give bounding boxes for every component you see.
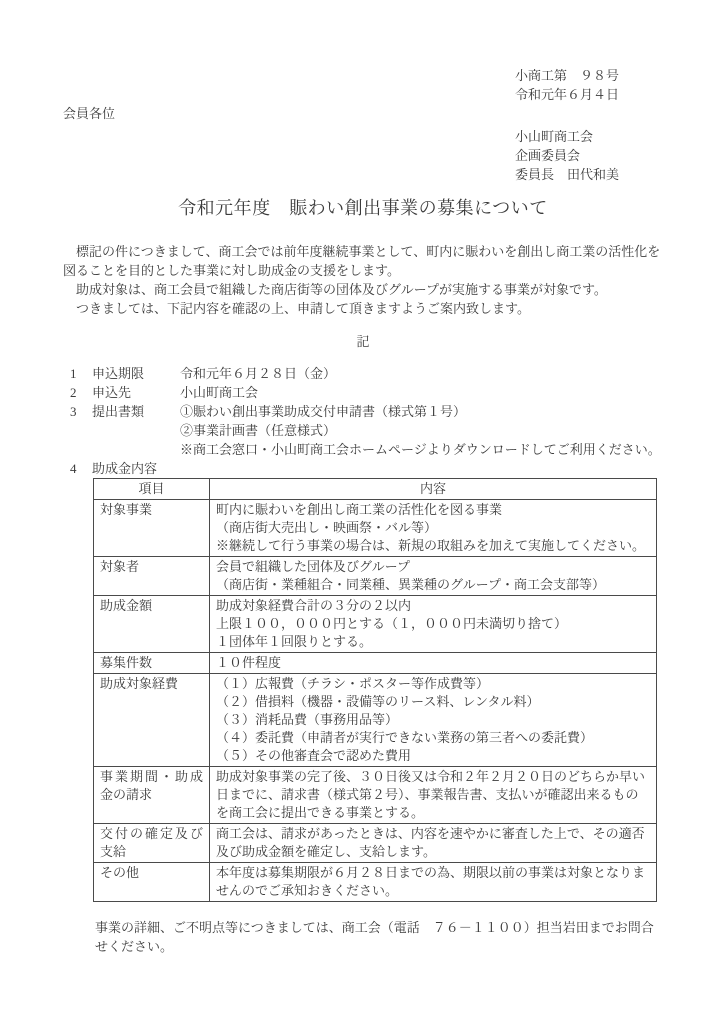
item-number: 4 [70, 459, 92, 478]
row-content: 会員で組織した団体及びグループ （商店街・業種組合・同業種、異業種のグループ・商… [210, 557, 657, 596]
table-row-other: その他 本年度は募集期限が６月２８日までの為、期限以前の事業は対象となりませんの… [94, 863, 657, 902]
row-content: １０件程度 [210, 653, 657, 674]
column-header-content: 内容 [210, 479, 657, 500]
item-number: 2 [70, 383, 92, 402]
table-row-number-of-slots: 募集件数 １０件程度 [94, 653, 657, 674]
intro-paragraphs: 標記の件につきまして、商工会では前年度継続事業として、町内に賑わいを創出し商工業… [63, 242, 663, 318]
row-item-label: 対象者 [94, 557, 210, 596]
table-row-grant-amount: 助成金額 助成対象経費合計の３分の２以内 上限１００，０００円とする（１，０００… [94, 596, 657, 653]
item-number: 1 [70, 364, 92, 383]
list-item-apply-to: 2 申込先 小山町商工会 [70, 383, 663, 402]
list-item-grant-details: 4 助成金内容 [70, 459, 663, 478]
grant-details-table: 項目 内容 対象事業 町内に賑わいを創出し商工業の活性化を図る事業 （商店街大売… [93, 478, 657, 902]
item-content: 小山町商工会 [180, 383, 663, 402]
row-content: 助成対象経費合計の３分の２以内 上限１００，０００円とする（１，０００円未満切り… [210, 596, 657, 653]
row-content: 商工会は、請求があったときは、内容を速やかに審査した上で、その適否及び助成金額を… [210, 824, 657, 863]
numbered-list: 1 申込期限 令和元年６月２８日（金） 2 申込先 小山町商工会 3 提出書類 … [63, 364, 663, 478]
table-row-eligible-applicants: 対象者 会員で組織した団体及びグループ （商店街・業種組合・同業種、異業種のグル… [94, 557, 657, 596]
row-item-label: 対象事業 [94, 500, 210, 557]
row-item-label: 助成対象経費 [94, 674, 210, 767]
row-content: （１）広報費（チラシ・ポスター等作成費等） （２）借損料（機器・設備等のリース料… [210, 674, 657, 767]
table-row-eligible-expenses: 助成対象経費 （１）広報費（チラシ・ポスター等作成費等） （２）借損料（機器・設… [94, 674, 657, 767]
table-row-confirmation-payment: 交付の確定及び支給 商工会は、請求があったときは、内容を速やかに審査した上で、そ… [94, 824, 657, 863]
doc-number: 小商工第 ９８号 [515, 66, 663, 85]
item-content [180, 459, 663, 478]
record-marker: 記 [63, 332, 663, 351]
closing-paragraph: 事業の詳細、ご不明点等につきましては、商工会（電話 ７６－１１００）担当岩田まで… [95, 918, 661, 956]
list-item-deadline: 1 申込期限 令和元年６月２８日（金） [70, 364, 663, 383]
column-header-item: 項目 [94, 479, 210, 500]
doc-date: 令和元年６月４日 [515, 85, 663, 104]
table-header-row: 項目 内容 [94, 479, 657, 500]
item-label: 申込先 [92, 383, 180, 402]
item-label: 申込期限 [92, 364, 180, 383]
row-content: 本年度は募集期限が６月２８日までの為、期限以前の事業は対象となりませんのでご承知… [210, 863, 657, 902]
item-number: 3 [70, 402, 92, 459]
item-label: 提出書類 [92, 402, 180, 459]
item-label: 助成金内容 [92, 459, 180, 478]
sender-block: 小山町商工会 企画委員会 委員長 田代和美 [515, 127, 663, 184]
document-title: 令和元年度 賑わい創出事業の募集について [63, 196, 663, 220]
row-item-label: その他 [94, 863, 210, 902]
document-page: 小商工第 ９８号 令和元年６月４日 会員各位 小山町商工会 企画委員会 委員長 … [0, 0, 724, 1024]
sender-chair: 委員長 田代和美 [515, 165, 663, 184]
item-content: 令和元年６月２８日（金） [180, 364, 663, 383]
item-content: ①賑わい創出事業助成交付申請書（様式第１号） ②事業計画書（任意様式） ※商工会… [180, 402, 663, 459]
recipient: 会員各位 [63, 104, 663, 123]
sender-committee: 企画委員会 [515, 146, 663, 165]
row-item-label: 交付の確定及び支給 [94, 824, 210, 863]
row-content: 助成対象事業の完了後、３０日後又は令和２年２月２０日のどちらか早い日までに、請求… [210, 767, 657, 824]
row-item-label: 助成金額 [94, 596, 210, 653]
doc-meta-block: 小商工第 ９８号 令和元年６月４日 [515, 66, 663, 104]
table-row-period-and-claim: 事業期間・助成金の請求 助成対象事業の完了後、３０日後又は令和２年２月２０日のど… [94, 767, 657, 824]
row-item-label: 事業期間・助成金の請求 [94, 767, 210, 824]
row-item-label: 募集件数 [94, 653, 210, 674]
list-item-documents: 3 提出書類 ①賑わい創出事業助成交付申請書（様式第１号） ②事業計画書（任意様… [70, 402, 663, 459]
row-content: 町内に賑わいを創出し商工業の活性化を図る事業 （商店街大売出し・映画祭・バル等）… [210, 500, 657, 557]
sender-org: 小山町商工会 [515, 127, 663, 146]
table-row-target-business: 対象事業 町内に賑わいを創出し商工業の活性化を図る事業 （商店街大売出し・映画祭… [94, 500, 657, 557]
